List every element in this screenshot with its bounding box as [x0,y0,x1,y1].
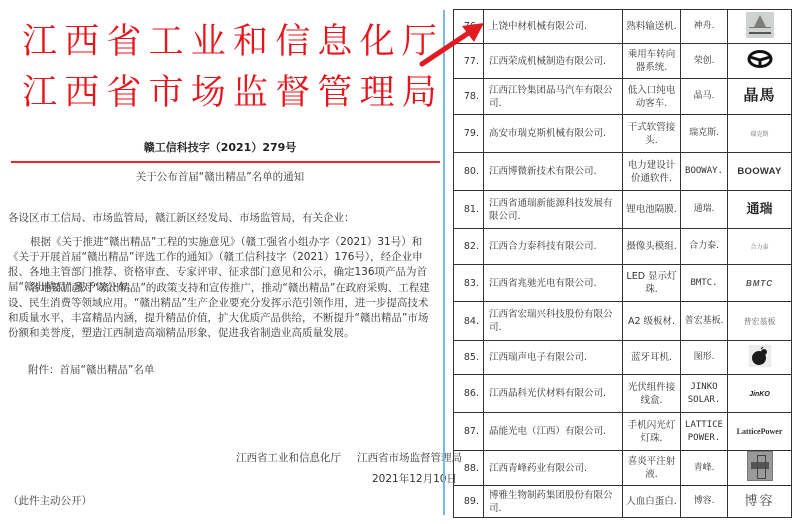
brand-name: 合力泰. [681,229,728,265]
signatory-miit: 江西省工业和信息化厅 [236,452,341,464]
brand-name: 瑞克斯. [681,115,728,153]
brand-name: BMTC. [681,265,728,302]
product-name: A2 级板材. [623,302,681,341]
company-name: 江西江铃集团晶马汽车有限公司. [484,79,623,115]
qingfeng-logo-icon [747,451,773,481]
table-row: 76. 上饶中材机械有限公司. 熟料输送机. 神舟. [454,10,792,44]
signatories: 江西省工业和信息化厅江西省市场监督管理局 [236,450,462,465]
table-row: 79. 高安市瑞克斯机械有限公司. 干式软管接头. 瑞克斯. 瑞克斯 [454,115,792,153]
table-row: 83. 江西省兆驰光电有限公司. LED 显示灯珠. BMTC. BMTC [454,265,792,302]
notice-title: 关于公布首届“赣出精品”名单的通知 [0,169,440,184]
row-number: 82. [454,229,484,265]
row-number: 87. [454,413,484,451]
row-number: 86. [454,375,484,413]
brand-logo-cell: 博容 [728,486,792,518]
paragraph-2: 各地要加强对“赣出精品”的政策支持和宣传推广，推动“赣出精品”在政府采购、工程建… [8,281,438,341]
table-row: 78. 江西江铃集团晶马汽车有限公司. 低入口纯电动客车. 晶马. 晶馬 [454,79,792,115]
attachment-line: 附件：首届“赣出精品”名单 [28,362,154,377]
table-row: 87. 晶能光电（江西）有限公司. 手机闪光灯灯珠. LATTICEPOWER.… [454,413,792,451]
document-number: 赣工信科技字（2021）279号 [0,139,440,155]
row-number: 81. [454,191,484,229]
header-red-rule [11,161,440,163]
brand-name: 图形. [681,341,728,375]
brand-name: 晶马. [681,79,728,115]
product-name: 光伏组件接线盒. [623,375,681,413]
product-name: 锂电池隔膜. [623,191,681,229]
row-number: 88. [454,451,484,486]
company-name: 江西荣成机械制造有限公司. [484,44,623,79]
product-name: 蓝牙耳机. [623,341,681,375]
row-number: 79. [454,115,484,153]
helitai-logo-icon: 合力泰 [750,241,768,254]
ruisheng-logo-icon [749,345,771,367]
tongrui-logo-icon: 通瑞 [746,203,772,216]
table-row: 89. 博雅生物制药集团股份有限公司. 人血白蛋白. 博容. 博容 [454,486,792,518]
disclosure-note: （此件主动公开） [8,493,92,508]
brand-logo-cell [728,341,792,375]
puhong-logo-icon: 普宏基板 [744,315,776,328]
jinko-logo-icon: JinKO [749,388,770,401]
table-row: 80. 江西博微新技术有限公司. 电力建设计价通软件. BOOWAY. BOOW… [454,153,792,191]
row-number: 85. [454,341,484,375]
notice-document: 江西省工业和信息化厅 江西省市场监督管理局 赣工信科技字（2021）279号 关… [0,0,440,524]
brand-logo-cell: JinKO [728,375,792,413]
brand-name: 神舟. [681,10,728,44]
product-name: 干式软管接头. [623,115,681,153]
table-row: 88. 江西青峰药业有限公司. 喜炎平注射液. 青峰. [454,451,792,486]
company-name: 江西省兆驰光电有限公司. [484,265,623,302]
shenzhou-logo-icon [746,12,774,38]
brand-logo-cell: 晶馬 [728,79,792,115]
product-name: 人血白蛋白. [623,486,681,518]
product-name: 电力建设计价通软件. [623,153,681,191]
brand-name: BOOWAY. [681,153,728,191]
brand-logo-cell [728,44,792,79]
table-row: 85. 江西瑞声电子有限公司. 蓝牙耳机. 图形. [454,341,792,375]
red-arrow-icon [418,14,488,69]
brand-name: 青峰. [681,451,728,486]
product-name: 喜炎平注射液. [623,451,681,486]
brand-name: 普宏基板. [681,302,728,341]
company-name: 江西晶科光伏材料有限公司. [484,375,623,413]
company-name: 高安市瑞克斯机械有限公司. [484,115,623,153]
product-name: 摄像头模组. [623,229,681,265]
table-row: 84. 江西省宏瑞兴科技股份有限公司. A2 级板材. 普宏基板. 普宏基板 [454,302,792,341]
brand-logo-cell [728,451,792,486]
brand-logo-cell: BMTC [728,265,792,302]
rongchuang-logo-icon [747,50,773,68]
product-name: 乘用车转向器系统. [623,44,681,79]
company-name: 上饶中材机械有限公司. [484,10,623,44]
brand-name: LATTICEPOWER. [681,413,728,451]
signatory-amr: 江西省市场监督管理局 [357,452,462,464]
panel-divider [443,10,445,515]
brand-name: 博容. [681,486,728,518]
product-name: 低入口纯电动客车. [623,79,681,115]
latticepower-logo-icon: LatticePower [737,425,783,438]
brand-logo-cell: 合力泰 [728,229,792,265]
booway-logo-icon: BOOWAY [737,165,781,178]
company-name: 江西博微新技术有限公司. [484,153,623,191]
brand-logo-cell [728,10,792,44]
product-list-table: 76. 上饶中材机械有限公司. 熟料输送机. 神舟. 77. 江西荣成机械制造有… [453,9,792,518]
bmtc-logo-icon: BMTC [746,277,773,290]
header-title-line2: 江西省市场监督管理局 [22,73,432,113]
product-name: LED 显示灯珠. [623,265,681,302]
boya-logo-icon: 博容 [744,495,774,508]
brand-logo-cell: 通瑞 [728,191,792,229]
ruikesi-logo-icon: 瑞克斯 [750,128,768,141]
brand-logo-cell: LatticePower [728,413,792,451]
row-number: 78. [454,79,484,115]
brand-logo-cell: BOOWAY [728,153,792,191]
company-name: 江西青峰药业有限公司. [484,451,623,486]
table-row: 81. 江西省通瑞新能源科技发展有限公司. 锂电池隔膜. 通瑞. 通瑞 [454,191,792,229]
row-number: 80. [454,153,484,191]
company-name: 江西合力泰科技有限公司. [484,229,623,265]
company-name: 江西瑞声电子有限公司. [484,341,623,375]
table-row: 77. 江西荣成机械制造有限公司. 乘用车转向器系统. 荣创. [454,44,792,79]
jingma-logo-icon: 晶馬 [743,89,775,102]
table-row: 86. 江西晶科光伏材料有限公司. 光伏组件接线盒. JINKO SOLAR. … [454,375,792,413]
company-name: 晶能光电（江西）有限公司. [484,413,623,451]
product-name: 手机闪光灯灯珠. [623,413,681,451]
company-name: 博雅生物制药集团股份有限公司. [484,486,623,518]
row-number: 89. [454,486,484,518]
company-name: 江西省宏瑞兴科技股份有限公司. [484,302,623,341]
table-row: 82. 江西合力泰科技有限公司. 摄像头模组. 合力泰. 合力泰 [454,229,792,265]
row-number: 83. [454,265,484,302]
header-title-line1: 江西省工业和信息化厅 [22,22,432,62]
brand-name: 通瑞. [681,191,728,229]
brand-name: 荣创. [681,44,728,79]
brand-logo-cell: 普宏基板 [728,302,792,341]
salutation: 各设区市工信局、市场监管局，赣江新区经发局、市场监管局，有关企业： [8,211,438,226]
brand-name: JINKO SOLAR. [681,375,728,413]
company-name: 江西省通瑞新能源科技发展有限公司. [484,191,623,229]
brand-logo-cell: 瑞克斯 [728,115,792,153]
row-number: 84. [454,302,484,341]
product-name: 熟料输送机. [623,10,681,44]
